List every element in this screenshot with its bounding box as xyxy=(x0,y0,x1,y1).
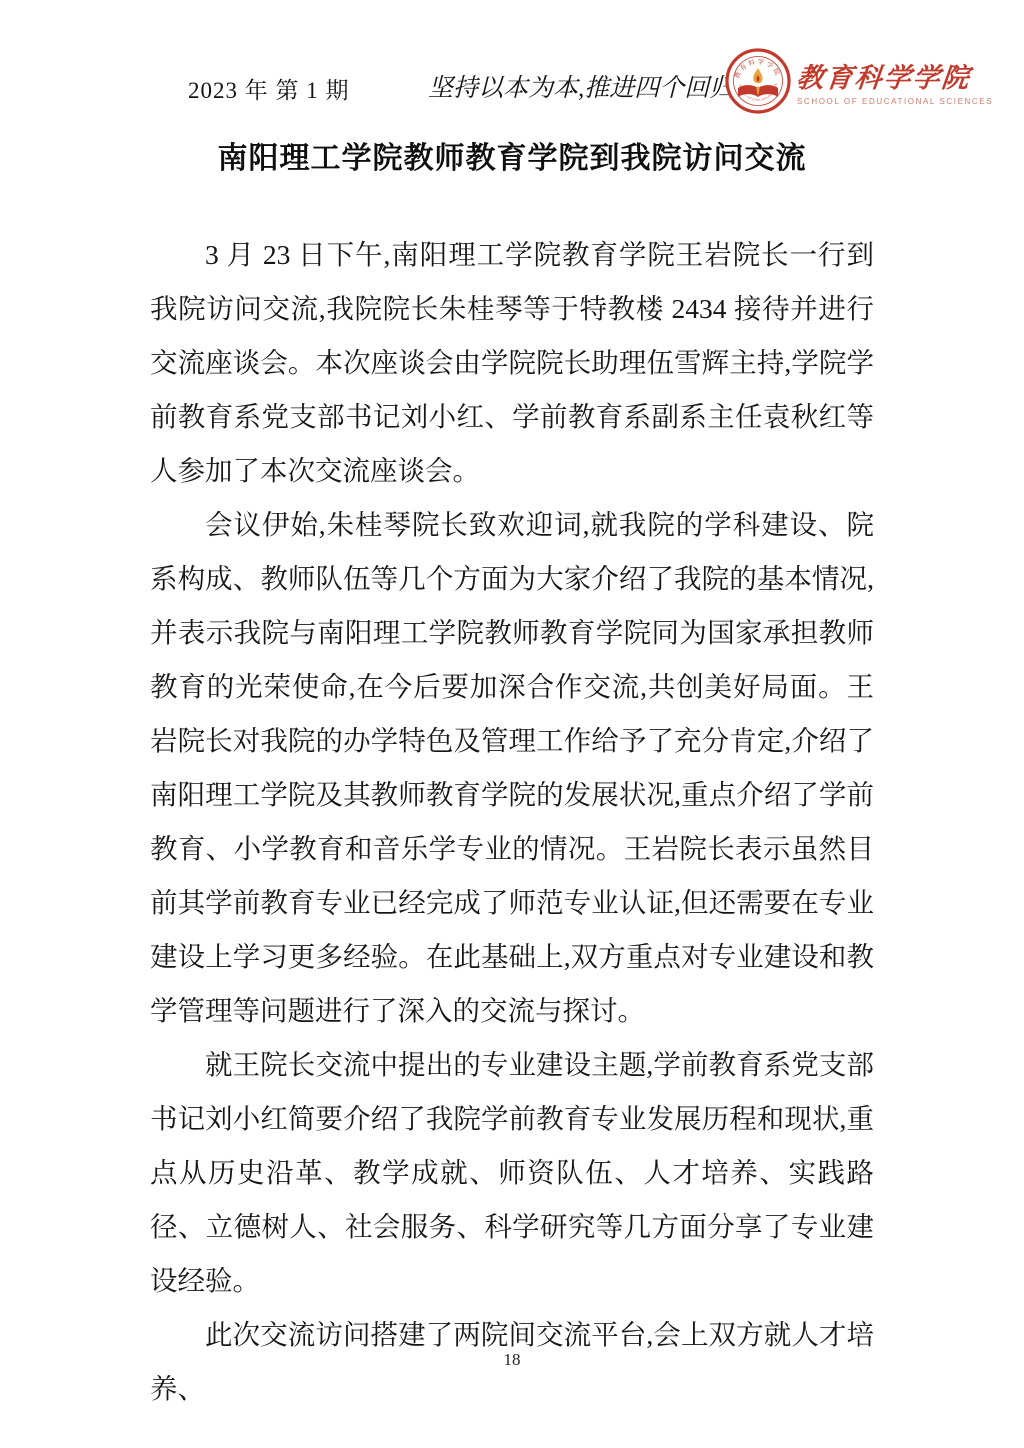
college-name-en: SCHOOL OF EDUCATIONAL SCIENCES xyxy=(797,97,993,106)
header-slogan: 坚持以本为本,推进四个回归 xyxy=(428,68,734,104)
article-title: 南阳理工学院教师教育学院到我院访问交流 xyxy=(0,133,1024,177)
page-header: 2023 年 第 1 期 坚持以本为本,推进四个回归 教育科学学院 SCHOOL… xyxy=(150,48,900,123)
college-name-cn: 教育科学学院 xyxy=(795,56,973,95)
document-page: 2023 年 第 1 期 坚持以本为本,推进四个回归 教育科学学院 SCHOOL… xyxy=(0,0,1024,1448)
college-logo: 教育科学学院 SCHOOL OF EDUCATIONAL SCIENCES 教育… xyxy=(725,48,993,114)
issue-label: 2023 年 第 1 期 xyxy=(188,72,350,105)
college-logo-text: 教育科学学院 SCHOOL OF EDUCATIONAL SCIENCES xyxy=(797,56,993,106)
body-paragraph-1: 3 月 23 日下午,南阳理工学院教育学院王岩院长一行到我院访问交流,我院院长朱… xyxy=(150,228,874,498)
page-number: 18 xyxy=(0,1350,1024,1370)
body-paragraph-2: 会议伊始,朱桂琴院长致欢迎词,就我院的学科建设、院系构成、教师队伍等几个方面为大… xyxy=(150,498,874,1038)
college-emblem-icon: 教育科学学院 SCHOOL OF EDUCATIONAL SCIENCES xyxy=(725,48,791,114)
body-paragraph-3: 就王院长交流中提出的专业建设主题,学前教育系党支部书记刘小红简要介绍了我院学前教… xyxy=(150,1038,874,1308)
article-body: 3 月 23 日下午,南阳理工学院教育学院王岩院长一行到我院访问交流,我院院长朱… xyxy=(150,228,874,1416)
